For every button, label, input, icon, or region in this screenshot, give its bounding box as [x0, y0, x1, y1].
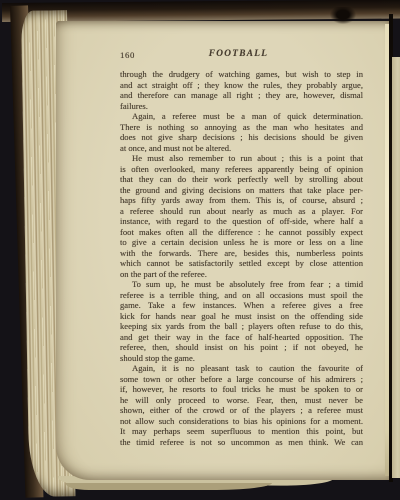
text-line: It may perhaps seem superfluous to menti…	[120, 426, 363, 437]
photographed-book-page: { "book_page": { "page_number": "160", "…	[0, 0, 400, 500]
text-line: the ground and giving decisions on matte…	[120, 185, 363, 196]
text-line: foot makes often all the difference : he…	[120, 227, 363, 238]
text-line: not allow such considerations to bias hi…	[120, 416, 363, 427]
text-line: should stop the game.	[120, 353, 363, 364]
page-header: 160 FOOTBALL	[120, 49, 363, 60]
text-line: he will only proceed to worse. Fear, the…	[120, 395, 363, 406]
text-line: failures.	[120, 101, 363, 112]
facing-page-edge	[392, 57, 400, 478]
paragraph: Again, a referee must be a man of quick …	[120, 111, 363, 153]
text-line: through the drudgery of watching games, …	[120, 69, 363, 80]
text-line: and therefore can manage all right ; the…	[120, 90, 363, 101]
text-line: if, however, he resorts to foul tricks h…	[120, 384, 363, 395]
paragraph: Again, it is no pleasant task to caution…	[120, 363, 363, 447]
text-line: Again, it is no pleasant task to caution…	[120, 363, 363, 374]
text-line: does not give sharp decisions ; his deci…	[120, 132, 363, 143]
text-line: the timid referee is not so uncommon as …	[120, 437, 363, 448]
text-line: There is nothing so annoying as the man …	[120, 122, 363, 133]
cover-notch	[330, 7, 356, 24]
text-line: referee is a terrible thing, and on all …	[120, 290, 363, 301]
text-line: with the forwards. There are, besides th…	[120, 248, 363, 259]
paragraph: through the drudgery of watching games, …	[120, 69, 363, 111]
text-line: and get their way in the face of half-he…	[120, 332, 363, 343]
text-line: some town or other before a large concou…	[120, 374, 363, 385]
text-line: on the part of the referee.	[120, 269, 363, 280]
text-line: instance, with regard to the question of…	[120, 216, 363, 227]
paragraph: He must also remember to run about ; thi…	[120, 153, 363, 279]
text-line: and act straight off ; they know the rul…	[120, 80, 363, 91]
body-text: through the drudgery of watching games, …	[120, 69, 363, 447]
text-line: that they can do their work perfectly we…	[120, 174, 363, 185]
text-line: kick for hands near goal he must insist …	[120, 311, 363, 322]
text-line: which cannot be satisfactorily settled e…	[120, 258, 363, 269]
text-line: game. Take a few instances. When a refer…	[120, 300, 363, 311]
paragraph: To sum up, he must be absolutely free fr…	[120, 279, 363, 363]
text-line: shown, either of the crowd or of the pla…	[120, 405, 363, 416]
text-line: at once, and must not be altered.	[120, 143, 363, 154]
text-line: Again, a referee must be a man of quick …	[120, 111, 363, 122]
text-line: referee, then, should insist on his poin…	[120, 342, 363, 353]
text-line: to give a certain decision unless he is …	[120, 237, 363, 248]
text-line: keeping six yards from the ball ; player…	[120, 321, 363, 332]
printed-text-area: 160 FOOTBALL through the drudgery of wat…	[120, 49, 363, 447]
text-line: haps fifty yards away from them. This is…	[120, 195, 363, 206]
text-line: To sum up, he must be absolutely free fr…	[120, 279, 363, 290]
running-title: FOOTBALL	[120, 49, 357, 60]
text-line: is often overlooked, many referees appar…	[120, 164, 363, 175]
bottom-page-edge	[66, 483, 272, 490]
text-line: He must also remember to run about ; thi…	[120, 153, 363, 164]
text-line: a referee should run about nearly as muc…	[120, 206, 363, 217]
